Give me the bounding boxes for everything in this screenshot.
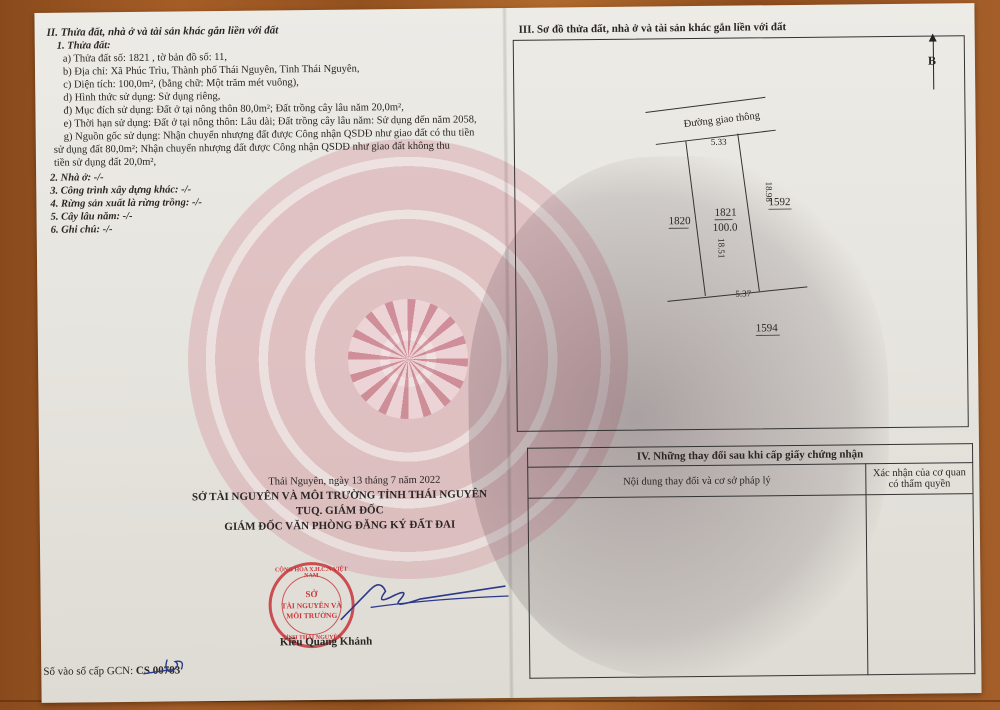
neighbor-parcel-bottom: 1594 xyxy=(756,322,778,335)
issue-date: Thái Nguyên, ngày 13 tháng 7 năm 2022 xyxy=(189,474,511,488)
neighbor-parcel-right: 1592 xyxy=(768,196,790,209)
changes-cell xyxy=(528,495,868,679)
registry-initials xyxy=(141,655,191,678)
edge-bottom-length: 5.37 xyxy=(735,287,751,300)
land-parcel-heading: 1. Thửa đất: xyxy=(57,39,111,53)
area-line: c) Diện tích: 100,0m², (bằng chữ: Một tr… xyxy=(63,76,299,91)
house-item: 2. Nhà ở: -/- xyxy=(50,171,104,185)
land-parcel-details: a) Thửa đất số: 1821 , tờ bản đồ số: 11,… xyxy=(34,8,504,13)
confirmation-column-header: Xác nhận của cơ quan có thẩm quyền xyxy=(866,463,973,495)
edge-left-length: 18.51 xyxy=(714,238,727,258)
changes-table: IV. Những thay đổi sau khi cấp giấy chứn… xyxy=(527,443,975,679)
signer-name: Kiều Quang Khánh xyxy=(241,635,411,649)
changes-column-header: Nội dung thay đổi và cơ sở pháp lý xyxy=(528,464,866,499)
origin-line-2: sử dụng đất 80,0m²; Nhận chuyển nhượng đ… xyxy=(54,140,450,157)
parcel-number: 1821 xyxy=(714,207,736,220)
edge-top-length: 5.33 xyxy=(711,136,727,149)
confirmation-header-line-2: có thẩm quyền xyxy=(869,478,971,490)
section-ii-title: II. Thửa đất, nhà ở và tài sản khác gắn … xyxy=(47,24,279,39)
right-page: III. Sơ đồ thửa đất, nhà ở và tài sản kh… xyxy=(504,3,981,698)
confirmation-cell xyxy=(866,494,975,675)
confirmation-header-line-1: Xác nhận của cơ quan xyxy=(868,467,970,479)
perennial-tree-item: 5. Cây lâu năm: -/- xyxy=(50,210,132,224)
left-page: II. Thửa đất, nhà ở và tài sản khác gắn … xyxy=(34,8,511,703)
parcel-area: 100.0 xyxy=(713,222,738,235)
handwritten-signature xyxy=(330,568,511,630)
notes-item: 6. Ghi chú: -/- xyxy=(51,223,113,237)
issuing-agency: SỞ TÀI NGUYÊN VÀ MÔI TRƯỜNG TỈNH THÁI NG… xyxy=(159,488,511,504)
other-assets-list: 2. Nhà ở: -/- 3. Công trình xây dựng khá… xyxy=(34,8,504,13)
origin-line-3: tiền sử dụng đất 20,0m², xyxy=(54,156,156,170)
signer-position: GIÁM ĐỐC VĂN PHÒNG ĐĂNG KÝ ĐẤT ĐAI xyxy=(160,518,512,534)
land-certificate-sheet: II. Thửa đất, nhà ở và tài sản khác gắn … xyxy=(34,3,981,703)
registry-label: Số vào sổ cấp GCN: xyxy=(43,665,133,678)
planted-forest-item: 4. Rừng sản xuất là rừng trồng: -/- xyxy=(50,196,202,211)
neighbor-parcel-left: 1820 xyxy=(669,215,691,228)
parcel-diagram xyxy=(504,3,978,438)
on-behalf-title: TUQ. GIÁM ĐỐC xyxy=(160,503,512,519)
